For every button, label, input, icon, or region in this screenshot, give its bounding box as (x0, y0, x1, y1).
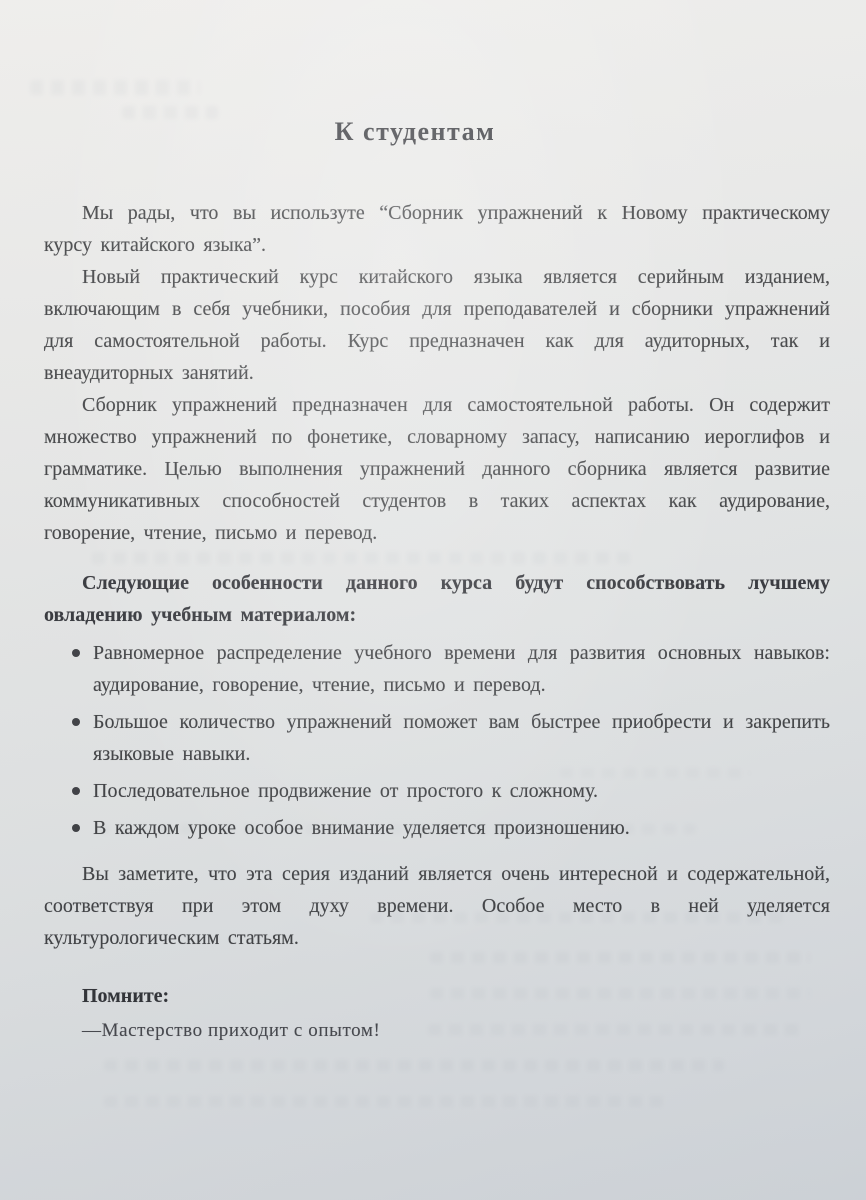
remember-heading: Помните: (44, 980, 830, 1012)
feature-text: Большое количество упражнений поможет ва… (93, 706, 830, 770)
page-bleedthrough-decoration (104, 1060, 724, 1071)
book-page: К студентам Мы рады, что вы используте “… (0, 0, 866, 1200)
feature-item: Большое количество упражнений поможет ва… (72, 706, 830, 770)
feature-item: В каждом уроке особое внимание уделяется… (72, 812, 830, 844)
closing-paragraph: Вы заметите, что эта серия изданий являе… (44, 858, 830, 954)
remember-note: —Мастерство приходит с опытом! (44, 1015, 830, 1047)
feature-text: Равномерное распределение учебного време… (93, 637, 830, 701)
bullet-icon (72, 649, 80, 657)
feature-text: В каждом уроке особое внимание уделяется… (93, 812, 830, 844)
features-list: Равномерное распределение учебного време… (44, 637, 830, 844)
bullet-icon (72, 718, 80, 726)
feature-item: Последовательное продвижение от простого… (72, 775, 830, 807)
feature-text: Последовательное продвижение от простого… (93, 775, 830, 807)
page-content: К студентам Мы рады, что вы используте “… (44, 0, 830, 1047)
page-title: К студентам (22, 117, 808, 147)
bullet-icon (72, 824, 80, 832)
workbook-purpose-paragraph: Сборник упражнений предназначен для само… (44, 389, 830, 549)
intro-paragraph: Мы рады, что вы используте “Сборник упра… (44, 197, 830, 261)
bullet-icon (72, 787, 80, 795)
features-heading: Следующие особенности данного курса буду… (44, 567, 830, 631)
page-bleedthrough-decoration (104, 1096, 664, 1107)
feature-item: Равномерное распределение учебного време… (72, 637, 830, 701)
course-series-paragraph: Новый практический курс китайского языка… (44, 261, 830, 389)
